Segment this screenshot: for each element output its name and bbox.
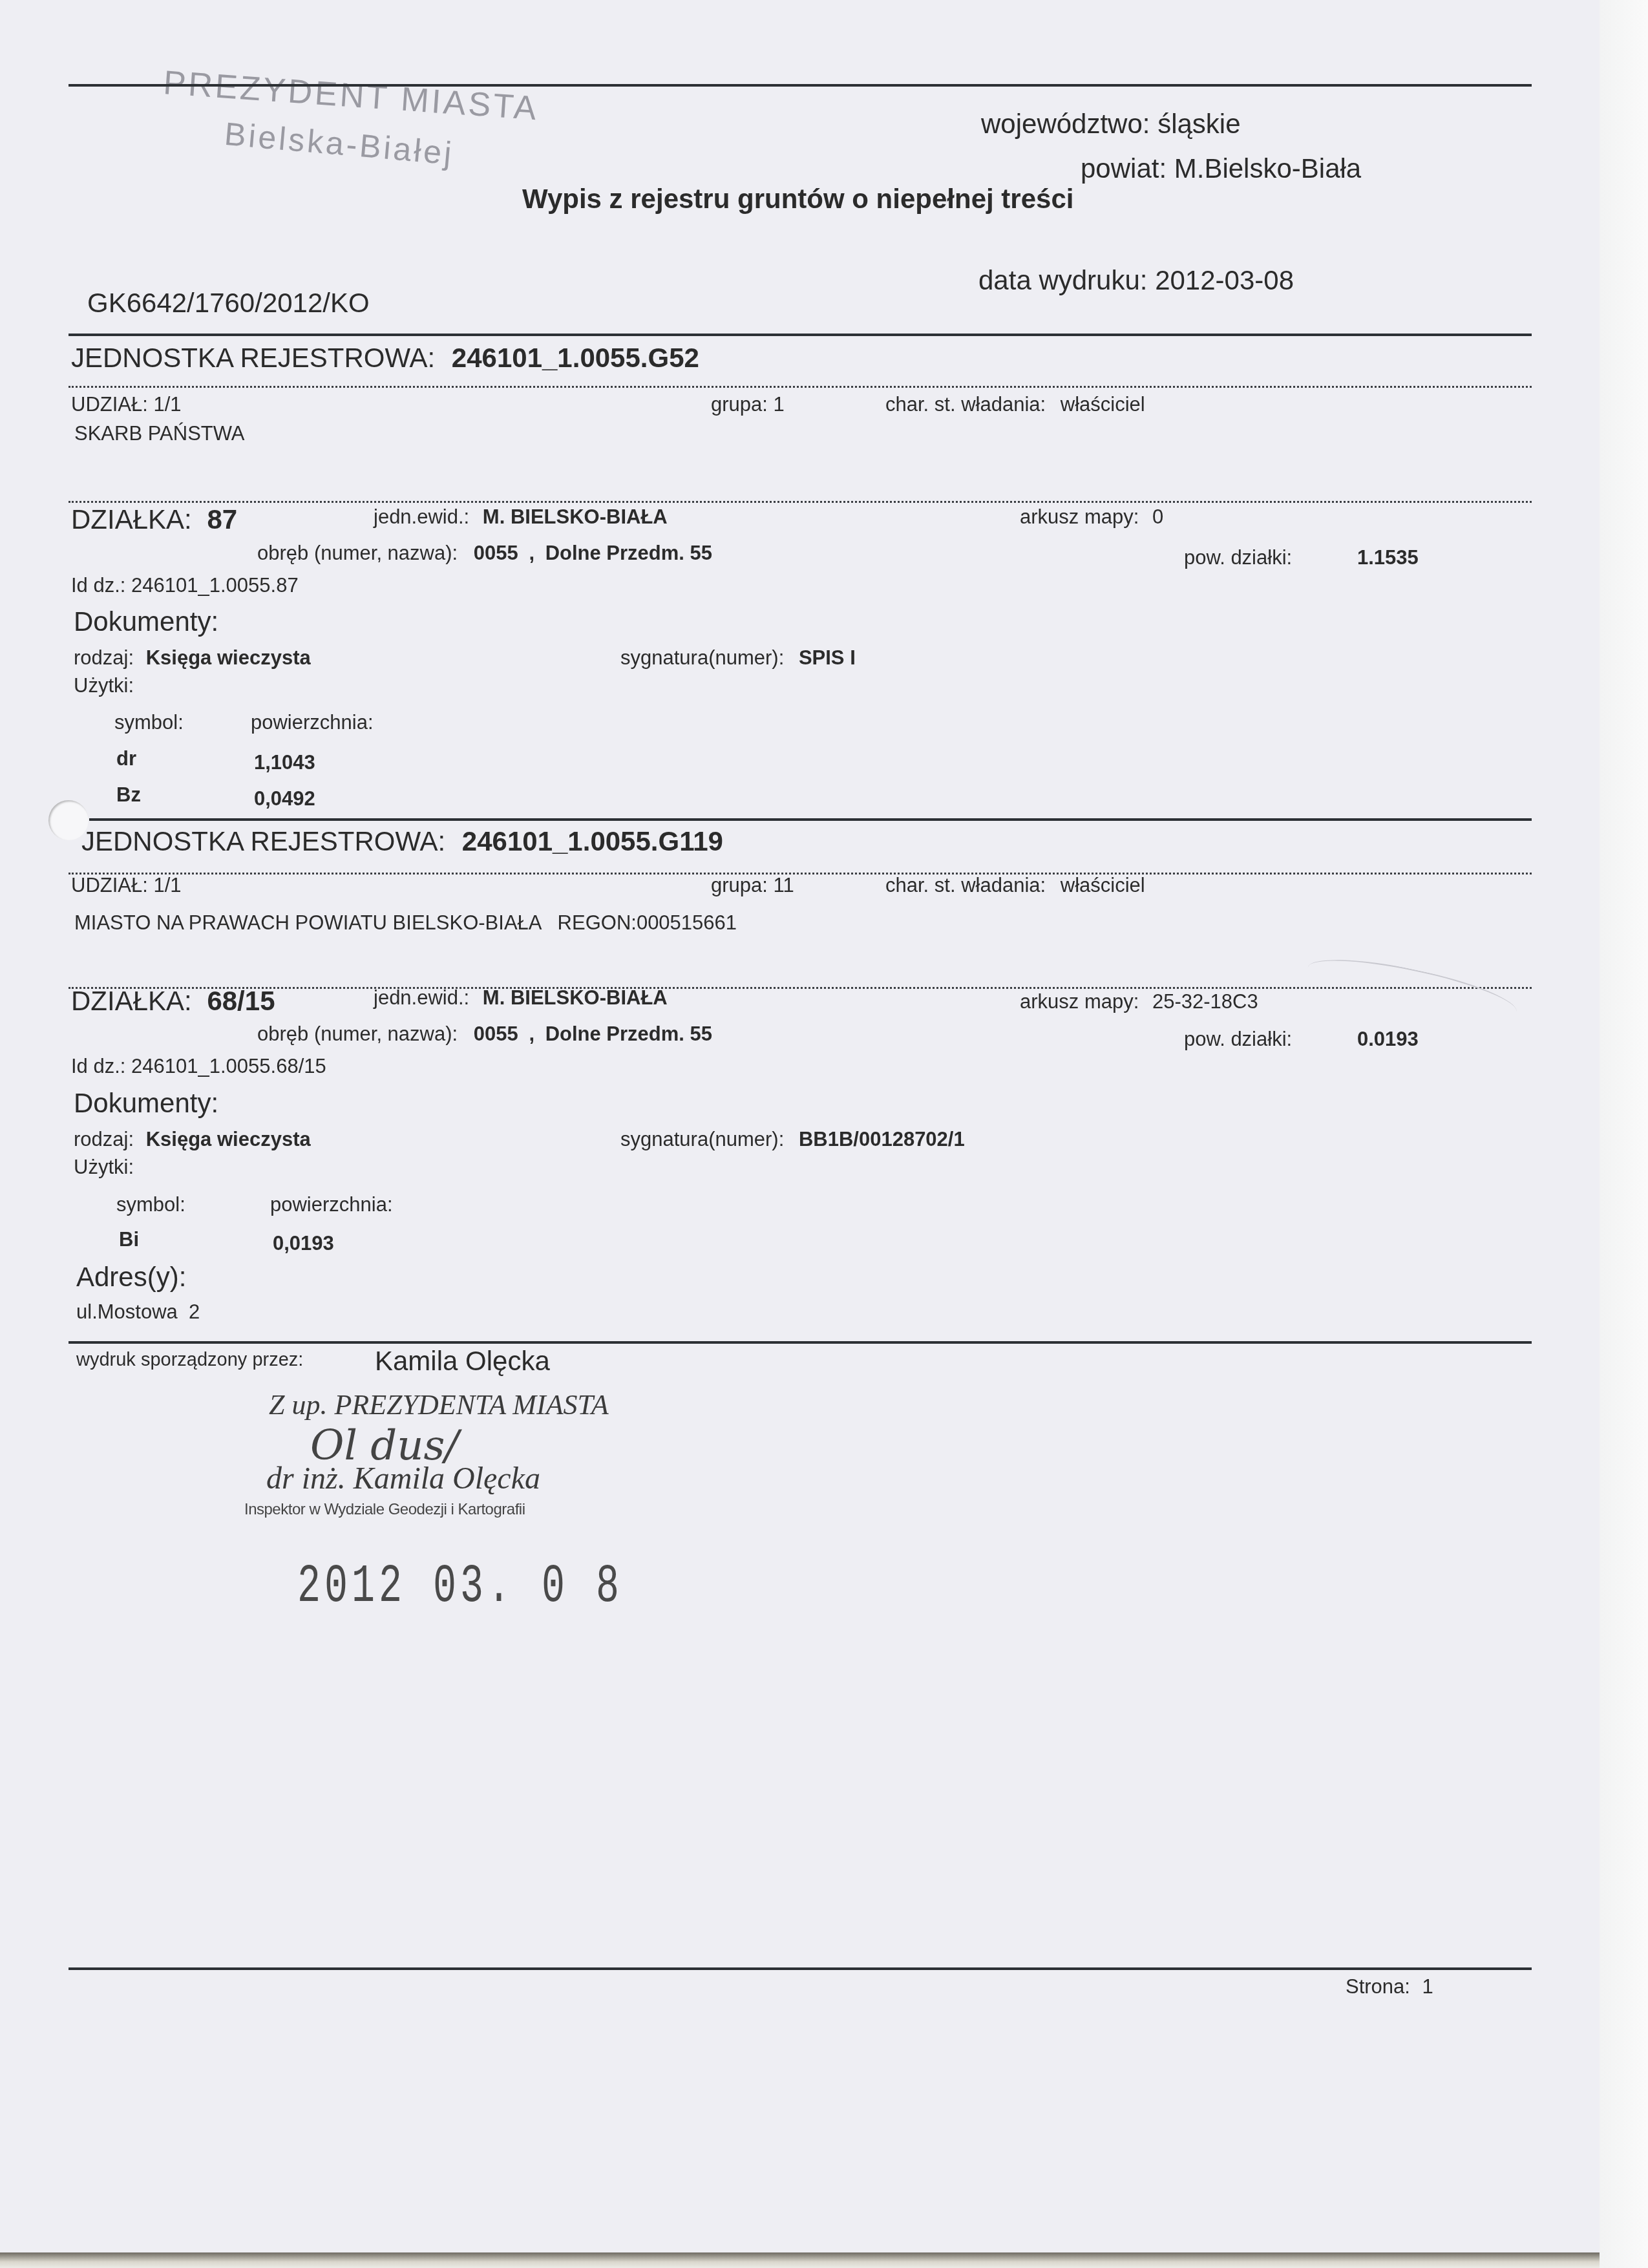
- page-label: Strona:: [1346, 1975, 1410, 1998]
- page-footer-rule: [69, 1967, 1532, 1970]
- powiat-value: M.Bielsko-Biała: [1174, 153, 1361, 184]
- parcel1-uses-heading: Użytki:: [74, 674, 134, 697]
- parcel2-area-value: 0.0193: [1357, 1028, 1419, 1051]
- unit1-dotted-rule: [69, 386, 1532, 388]
- parcel1-obreb-label: obręb (numer, nazwa):: [257, 542, 458, 564]
- parcel1-id: Id dz.: 246101_1.0055.87: [71, 574, 299, 597]
- parcel1-obreb: obręb (numer, nazwa): 0055 , Dolne Przed…: [257, 542, 712, 565]
- unit1-header: JEDNOSTKA REJESTROWA: 246101_1.0055.G52: [71, 343, 699, 374]
- parcel1-id-value: 246101_1.0055.87: [131, 574, 299, 597]
- unit2-group-label: grupa:: [711, 874, 768, 896]
- parcel2-id-label: Id dz.:: [71, 1055, 125, 1077]
- parcel2-obreb-name: Dolne Przedm. 55: [545, 1023, 712, 1045]
- parcel1-id-label: Id dz.:: [71, 574, 125, 597]
- scan-margin: [1600, 0, 1648, 2268]
- footer-rule: [69, 1341, 1532, 1344]
- parcel1-obreb-name: Dolne Przedm. 55: [545, 542, 712, 564]
- parcel1-use1-area: 1,1043: [254, 751, 315, 774]
- parcel1-jedn-label: jedn.ewid.:: [374, 505, 469, 528]
- wojewodztwo-label: województwo:: [981, 109, 1150, 139]
- parcel2-doc-sig: sygnatura(numer): BB1B/00128702/1: [620, 1128, 965, 1151]
- unit2-dotted-rule: [69, 873, 1532, 874]
- unit2-header: JEDNOSTKA REJESTROWA: 246101_1.0055.G119: [81, 826, 723, 857]
- parcel1-jedn: jedn.ewid.: M. BIELSKO-BIAŁA: [374, 505, 668, 529]
- parcel1-use2-area: 0,0492: [254, 787, 315, 811]
- stamp-position: Inspektor w Wydziale Geodezji i Kartogra…: [244, 1501, 525, 1519]
- unit2-group-value: 11: [774, 874, 794, 896]
- parcel1-use1-symbol: dr: [116, 747, 136, 770]
- parcel2-obreb: obręb (numer, nazwa): 0055 , Dolne Przed…: [257, 1023, 712, 1046]
- unit1-ownership-label: char. st. władania:: [885, 393, 1046, 416]
- parcel1-use2-symbol: Bz: [116, 783, 141, 807]
- unit2-ownership-label: char. st. władania:: [885, 874, 1046, 896]
- parcel1-uses-area-header: powierzchnia:: [251, 711, 374, 734]
- parcel1-doc-type: rodzaj: Księga wieczysta: [74, 646, 311, 670]
- unit1-id: 246101_1.0055.G52: [452, 343, 699, 373]
- unit2-label: JEDNOSTKA REJESTROWA:: [81, 826, 445, 856]
- parcel2-doc-sig-value: BB1B/00128702/1: [799, 1128, 965, 1150]
- document-number: GK6642/1760/2012/KO: [87, 288, 370, 319]
- unit1-ownership: char. st. władania: właściciel: [885, 393, 1145, 416]
- parcel2-doc-sig-label: sygnatura(numer):: [620, 1128, 784, 1150]
- scan-edge-shadow: [0, 2252, 1600, 2268]
- parcel2-doc-type: rodzaj: Księga wieczysta: [74, 1128, 311, 1151]
- page-number: Strona: 1: [1346, 1975, 1433, 1998]
- page-value: 1: [1422, 1975, 1433, 1998]
- parcel1-jedn-value: M. BIELSKO-BIAŁA: [483, 505, 668, 528]
- parcel1-doc-type-value: Księga wieczysta: [146, 646, 311, 669]
- unit2-id: 246101_1.0055.G119: [462, 826, 723, 856]
- parcel2-dotted-rule: [69, 987, 1532, 989]
- parcel2-obreb-number: 0055: [474, 1023, 518, 1045]
- document-title: Wypis z rejestru gruntów o niepełnej tre…: [522, 184, 1073, 215]
- parcel2-area-label: pow. działki:: [1184, 1028, 1292, 1051]
- unit2-share-value: 1/1: [153, 874, 181, 896]
- unit1-share-value: 1/1: [153, 393, 181, 416]
- unit1-owner: SKARB PAŃSTWA: [74, 422, 245, 445]
- authorization-stamp: Z up. PREZYDENTA MIASTA: [269, 1388, 609, 1421]
- parcel2-use1-symbol: Bi: [119, 1228, 139, 1251]
- unit2-ownership-value: właściciel: [1061, 874, 1145, 896]
- unit2-share: UDZIAŁ: 1/1: [71, 874, 182, 897]
- parcel2-uses-area-header: powierzchnia:: [270, 1193, 393, 1216]
- unit2-group: grupa: 11: [711, 874, 794, 897]
- parcel2-doc-type-label: rodzaj:: [74, 1128, 134, 1150]
- unit1-group-label: grupa:: [711, 393, 768, 416]
- parcel1-obreb-number: 0055: [474, 542, 518, 564]
- powiat-label: powiat:: [1081, 153, 1167, 184]
- parcel1-doc-type-label: rodzaj:: [74, 646, 134, 669]
- parcel2-address-heading: Adres(y):: [76, 1262, 186, 1293]
- parcel2-use1-area: 0,0193: [273, 1232, 334, 1255]
- parcel2-uses-symbol-header: symbol:: [116, 1193, 185, 1216]
- wojewodztwo-value: śląskie: [1157, 109, 1240, 139]
- parcel1-doc-sig-label: sygnatura(numer):: [620, 646, 784, 669]
- parcel1-area-label: pow. działki:: [1184, 546, 1292, 569]
- unit2-ownership: char. st. władania: właściciel: [885, 874, 1145, 897]
- document-page: [0, 0, 1600, 2252]
- parcel2-id: Id dz.: 246101_1.0055.68/15: [71, 1055, 326, 1078]
- unit1-rule: [69, 334, 1532, 336]
- unit1-share-label: UDZIAŁ:: [71, 393, 148, 416]
- parcel2-label: DZIAŁKA:: [71, 986, 192, 1016]
- parcel2-documents-heading: Dokumenty:: [74, 1088, 218, 1119]
- parcel1-number: 87: [207, 504, 237, 535]
- parcel2-id-value: 246101_1.0055.68/15: [131, 1055, 326, 1077]
- unit2-owner: MIASTO NA PRAWACH POWIATU BIELSKO-BIAŁA …: [74, 911, 737, 935]
- parcel1-sheet: arkusz mapy: 0: [1020, 505, 1163, 529]
- print-date-value: 2012-03-08: [1155, 265, 1294, 295]
- unit2-share-label: UDZIAŁ:: [71, 874, 148, 896]
- parcel2-jedn-value: M. BIELSKO-BIAŁA: [483, 986, 668, 1009]
- parcel2-address-value: ul.Mostowa 2: [76, 1300, 200, 1324]
- parcel2-sheet: arkusz mapy: 25-32-18C3: [1020, 990, 1258, 1013]
- parcel2-doc-type-value: Księga wieczysta: [146, 1128, 311, 1150]
- parcel2-header: DZIAŁKA: 68/15: [71, 986, 275, 1017]
- parcel1-area-value: 1.1535: [1357, 546, 1419, 569]
- parcel2-obreb-sep: ,: [529, 1023, 534, 1045]
- parcel1-documents-heading: Dokumenty:: [74, 606, 218, 637]
- parcel1-header: DZIAŁKA: 87: [71, 504, 237, 535]
- unit1-share: UDZIAŁ: 1/1: [71, 393, 182, 416]
- parcel1-obreb-sep: ,: [529, 542, 534, 564]
- stamp-name: dr inż. Kamila Olęcka: [266, 1461, 540, 1496]
- parcel1-label: DZIAŁKA:: [71, 504, 192, 535]
- parcel2-number: 68/15: [207, 986, 275, 1016]
- parcel1-dotted-rule: [69, 501, 1532, 503]
- print-date-label: data wydruku:: [978, 265, 1147, 295]
- powiat: powiat: M.Bielsko-Biała: [1081, 153, 1361, 184]
- unit1-ownership-value: właściciel: [1061, 393, 1145, 416]
- prepared-by-label: wydruk sporządzony przez:: [76, 1350, 303, 1371]
- parcel1-doc-sig-value: SPIS I: [799, 646, 856, 669]
- parcel2-sheet-value: 25-32-18C3: [1152, 990, 1258, 1013]
- parcel2-sheet-label: arkusz mapy:: [1020, 990, 1139, 1013]
- unit1-group-value: 1: [774, 393, 785, 416]
- wojewodztwo: województwo: śląskie: [981, 109, 1241, 140]
- parcel1-sheet-label: arkusz mapy:: [1020, 505, 1139, 528]
- date-stamp: 2012 03. 0 8: [297, 1556, 623, 1618]
- parcel2-jedn-label: jedn.ewid.:: [374, 986, 469, 1009]
- unit1-label: JEDNOSTKA REJESTROWA:: [71, 343, 435, 373]
- parcel1-doc-sig: sygnatura(numer): SPIS I: [620, 646, 856, 670]
- parcel2-uses-heading: Użytki:: [74, 1156, 134, 1179]
- unit2-rule: [89, 818, 1532, 821]
- parcel1-sheet-value: 0: [1152, 505, 1163, 528]
- top-rule: [69, 84, 1532, 87]
- prepared-by-value: Kamila Olęcka: [375, 1346, 550, 1377]
- parcel1-uses-symbol-header: symbol:: [114, 711, 184, 734]
- parcel2-obreb-label: obręb (numer, nazwa):: [257, 1023, 458, 1045]
- parcel2-jedn: jedn.ewid.: M. BIELSKO-BIAŁA: [374, 986, 668, 1010]
- print-date: data wydruku: 2012-03-08: [978, 265, 1294, 296]
- unit1-group: grupa: 1: [711, 393, 785, 416]
